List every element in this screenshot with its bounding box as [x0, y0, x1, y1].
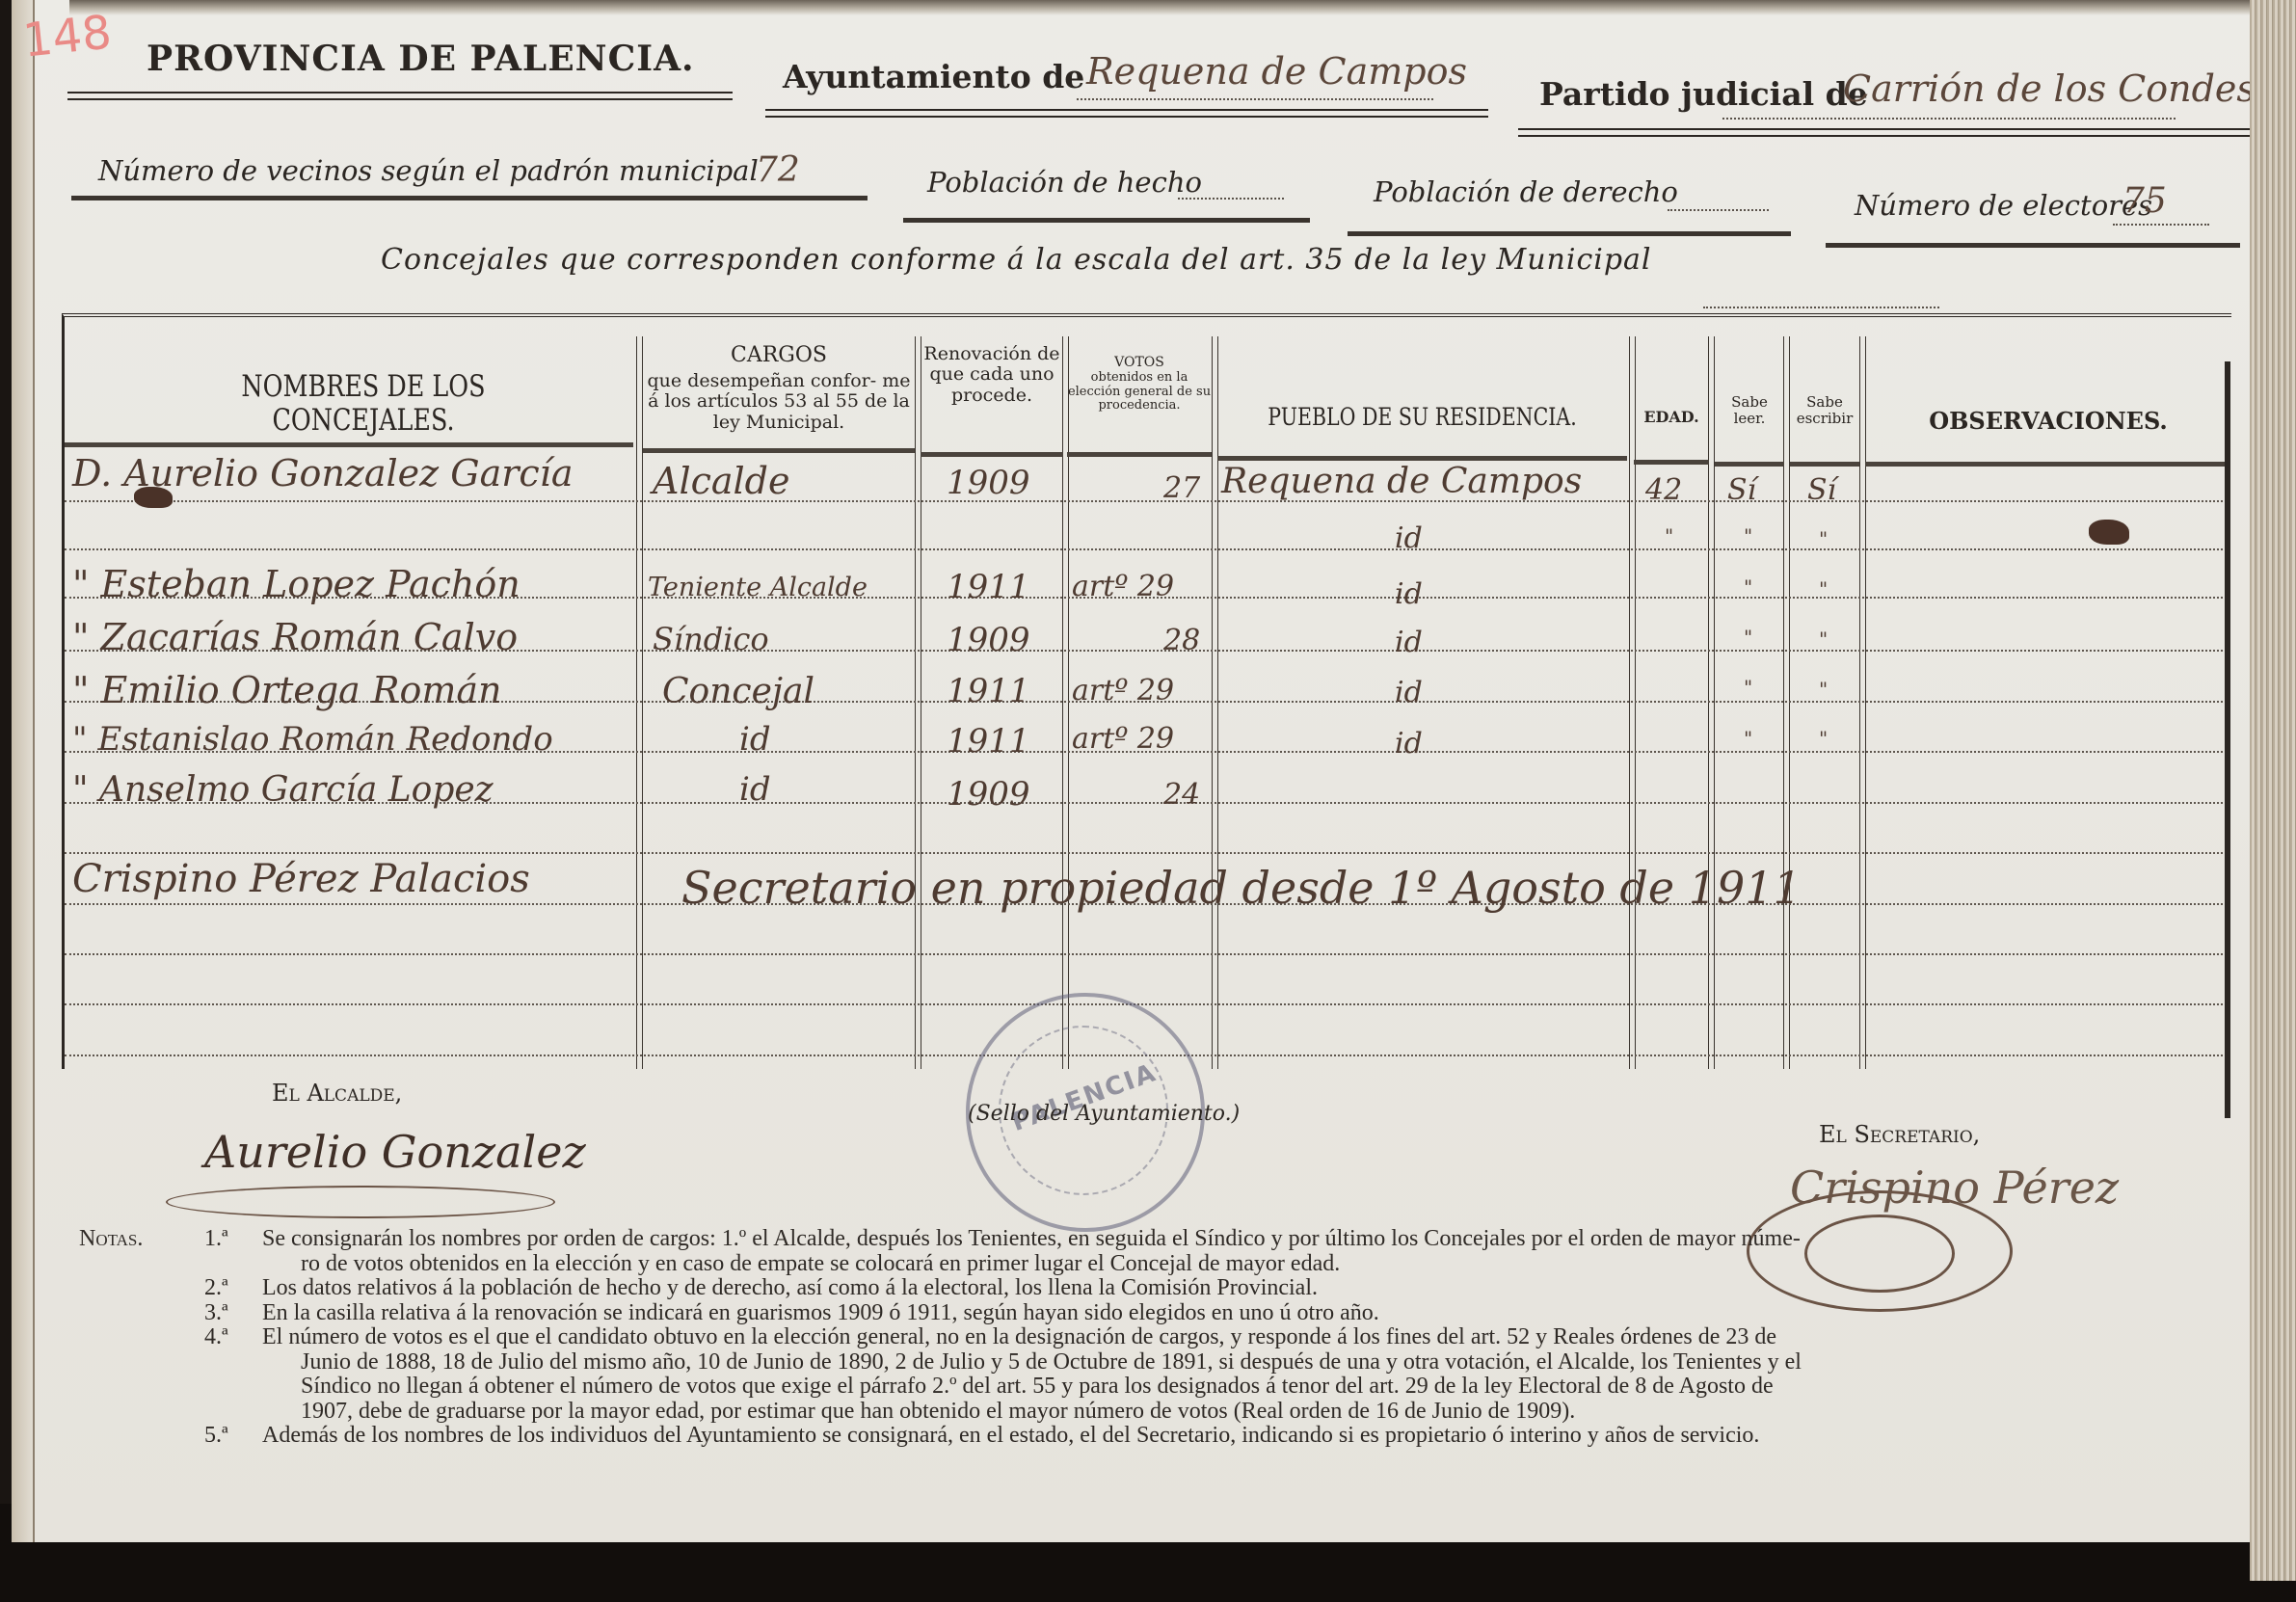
ink-blot	[2089, 520, 2129, 545]
provincia-title: PROVINCIA DE PALENCIA.	[147, 39, 695, 79]
note-text: 1907, debe de graduarse por la mayor eda…	[301, 1400, 2219, 1425]
header-rule	[1634, 460, 1709, 465]
document-page: 148 PROVINCIA DE PALENCIA. Ayuntamiento …	[12, 0, 2257, 1542]
row-divider	[65, 852, 2227, 854]
row-2-nombre: " Zacarías Román Calvo	[72, 616, 518, 658]
header-cargos-title: CARGOS	[643, 344, 915, 368]
sello-label: (Sello del Ayuntamiento.)	[968, 1102, 1240, 1126]
col-divider	[1212, 336, 1218, 1069]
partido-label: Partido judicial de	[1539, 75, 1868, 113]
header-rule	[921, 452, 1063, 457]
partido-dots	[1722, 118, 2176, 120]
concejales-dots	[1703, 307, 1939, 308]
electores-label: Número de electores	[1855, 189, 2152, 222]
row-5-cargo: id	[739, 770, 771, 809]
row-3-pueblo: id	[1395, 626, 1423, 659]
header-votos-sub: obtenidos en la elección general de su p…	[1067, 371, 1212, 414]
note-4-cont: Síndico no llegan á obtener el número de…	[79, 1375, 2219, 1400]
row-1-escribir: "	[1819, 527, 1828, 550]
note-1-cont: ro de votos obtenidos en la elección y e…	[79, 1252, 2219, 1277]
header-rule	[643, 448, 915, 453]
ayuntamiento-dots	[1077, 98, 1433, 100]
alcalde-flourish	[166, 1186, 555, 1218]
page-top-edge	[69, 0, 2257, 15]
note-4: 4.ª El número de votos es el que el cand…	[79, 1325, 2219, 1350]
provincia-underline	[67, 92, 733, 100]
note-number: 1.ª	[204, 1227, 262, 1252]
row-5-leer: "	[1744, 727, 1752, 750]
electores-underline	[1826, 243, 2240, 248]
row-divider	[65, 500, 2227, 502]
col-divider	[915, 336, 921, 1069]
row-4-escribir: "	[1819, 678, 1828, 701]
secretario-label: El Secretario,	[1819, 1121, 1980, 1148]
row-5-pueblo: id	[1395, 727, 1423, 761]
row-1-pueblo: id	[1395, 521, 1423, 555]
header-cargos-sub: que desempeñan confor- me á los artículo…	[643, 371, 915, 433]
vecinos-underline	[71, 196, 868, 200]
derecho-underline	[1348, 231, 1791, 236]
col-divider	[1629, 336, 1636, 1069]
col-divider	[1859, 336, 1866, 1069]
row-0-leer: Sí	[1727, 473, 1756, 507]
header-observaciones: OBSERVACIONES.	[1865, 409, 2231, 435]
header-nombres: NOMBRES DE LOS CONCEJALES.	[150, 370, 577, 437]
header-sabe-escribir: Sabe escribir	[1790, 394, 1859, 427]
page-spine	[12, 0, 35, 1542]
row-0-pueblo: Requena de Campos	[1221, 462, 1582, 501]
row-divider	[65, 953, 2227, 955]
row-2-escribir: "	[1819, 577, 1828, 601]
notes-section: Notas. 1.ª Se consignarán los nombres po…	[79, 1227, 2219, 1449]
note-number: 3.ª	[204, 1301, 262, 1326]
row-1-cargo: Teniente Alcalde	[648, 573, 868, 602]
electores-dots	[2113, 224, 2209, 226]
header-rule	[65, 442, 633, 447]
col-divider	[1708, 336, 1715, 1069]
row-6-nombre: Crispino Pérez Palacios	[72, 857, 530, 901]
note-4-cont: Junio de 1888, 18 de Julio del mismo año…	[79, 1350, 2219, 1375]
row-0-edad: 42	[1645, 473, 1682, 507]
row-1-renovacion: 1911	[947, 568, 1030, 606]
header-renovacion: Renovación de que cada uno procede.	[921, 344, 1063, 406]
header-rule	[1790, 462, 1859, 467]
table-right-border	[2225, 361, 2230, 1118]
partido-underline	[1518, 128, 2296, 137]
header-votos-title: VOTOS	[1067, 356, 1212, 371]
folio-number: 148	[20, 5, 114, 67]
note-1: Notas. 1.ª Se consignarán los nombres po…	[79, 1227, 2219, 1252]
hecho-underline	[903, 218, 1310, 223]
header-rule	[1715, 462, 1784, 467]
header-rule	[1217, 456, 1627, 461]
row-0-votos: 27	[1163, 471, 1200, 505]
note-number: 2.ª	[204, 1276, 262, 1301]
row-0-escribir: Sí	[1807, 473, 1836, 507]
electores-value: 75	[2122, 181, 2167, 221]
hecho-label: Población de hecho	[927, 166, 1202, 199]
vecinos-label: Número de vecinos según el padrón munici…	[98, 154, 759, 187]
header-rule	[1865, 462, 2227, 467]
note-3: 3.ª En la casilla relativa á la renovaci…	[79, 1301, 2219, 1326]
row-3-leer: "	[1744, 626, 1752, 649]
row-4-pueblo: id	[1395, 676, 1423, 709]
row-1-votos: artº 29	[1072, 570, 1174, 603]
row-2-renovacion: 1909	[947, 621, 1030, 659]
row-6-cargo: Secretario en propiedad desde 1º Agosto …	[681, 862, 1802, 914]
col-divider	[636, 336, 643, 1069]
note-text: ro de votos obtenidos en la elección y e…	[301, 1252, 2219, 1277]
row-3-cargo: Concejal	[662, 672, 814, 711]
row-2-pueblo: id	[1395, 577, 1423, 611]
header-pueblo: PUEBLO DE SU RESIDENCIA.	[1254, 404, 1590, 431]
row-4-votos: artº 29	[1072, 722, 1174, 756]
row-0-nombre: D. Aurelio Gonzalez García	[72, 452, 574, 494]
header-sabe-leer: Sabe leer.	[1715, 394, 1784, 427]
row-2-leer: "	[1744, 575, 1752, 599]
concejales-label: Concejales que corresponden conforme á l…	[381, 243, 1652, 277]
row-5-nombre: " Anselmo García Lopez	[72, 770, 494, 810]
row-4-renovacion: 1911	[947, 722, 1030, 761]
row-divider	[65, 1003, 2227, 1005]
note-5: 5.ª Además de los nombres de los individ…	[79, 1424, 2219, 1449]
derecho-dots	[1668, 209, 1769, 211]
note-text: El número de votos es el que el candidat…	[262, 1325, 2219, 1350]
row-4-nombre: " Estanislao Román Redondo	[72, 720, 553, 759]
row-4-cargo: id	[739, 720, 771, 759]
row-0-cargo: Alcalde	[653, 460, 790, 502]
row-4-leer: "	[1744, 676, 1752, 699]
alcalde-label: El Alcalde,	[272, 1080, 402, 1107]
row-2-votos: 28	[1163, 624, 1200, 657]
row-3-nombre: " Emilio Ortega Román	[72, 669, 502, 711]
note-4-cont: 1907, debe de graduarse por la mayor eda…	[79, 1400, 2219, 1425]
row-1-edad: "	[1665, 524, 1673, 547]
note-number: 4.ª	[204, 1325, 262, 1350]
row-3-votos: artº 29	[1072, 674, 1174, 708]
ayuntamiento-underline	[765, 109, 1488, 118]
row-5-votos: 24	[1163, 778, 1200, 812]
row-2-cargo: Síndico	[653, 621, 769, 657]
header-rule	[1067, 452, 1212, 457]
note-2: 2.ª Los datos relativos á la población d…	[79, 1276, 2219, 1301]
row-5-escribir: "	[1819, 727, 1828, 750]
row-divider	[65, 548, 2227, 550]
book-page-edges	[2250, 0, 2296, 1581]
header-edad: EDAD.	[1634, 409, 1709, 426]
note-text: En la casilla relativa á la renovación s…	[262, 1301, 2219, 1326]
row-5-renovacion: 1909	[947, 775, 1030, 814]
row-3-renovacion: 1911	[947, 672, 1030, 710]
ayuntamiento-value: Requena de Campos	[1086, 50, 1467, 93]
hecho-dots	[1178, 198, 1284, 200]
note-text: Además de los nombres de los individuos …	[262, 1424, 2219, 1449]
col-divider	[1783, 336, 1790, 1069]
ayuntamiento-label: Ayuntamiento de	[783, 58, 1084, 95]
note-text: Síndico no llegan á obtener el número de…	[301, 1375, 2219, 1400]
note-text: Junio de 1888, 18 de Julio del mismo año…	[301, 1350, 2219, 1375]
derecho-label: Población de derecho	[1374, 175, 1678, 208]
notes-label: Notas.	[79, 1227, 204, 1252]
row-1-nombre: " Esteban Lopez Pachón	[72, 563, 521, 605]
note-number: 5.ª	[204, 1424, 262, 1449]
col-divider	[1062, 336, 1069, 1069]
alcalde-signature: Aurelio Gonzalez	[204, 1126, 586, 1178]
row-3-escribir: "	[1819, 627, 1828, 651]
vecinos-value: 72	[756, 150, 800, 190]
concejales-table: NOMBRES DE LOS CONCEJALES. CARGOS que de…	[62, 313, 2231, 1069]
row-0-renovacion: 1909	[947, 464, 1030, 502]
row-1-leer: "	[1744, 524, 1752, 547]
partido-value: Carrión de los Condes	[1843, 67, 2256, 110]
note-text: Los datos relativos á la población de he…	[262, 1276, 2219, 1301]
note-text: Se consignarán los nombres por orden de …	[262, 1227, 2219, 1252]
